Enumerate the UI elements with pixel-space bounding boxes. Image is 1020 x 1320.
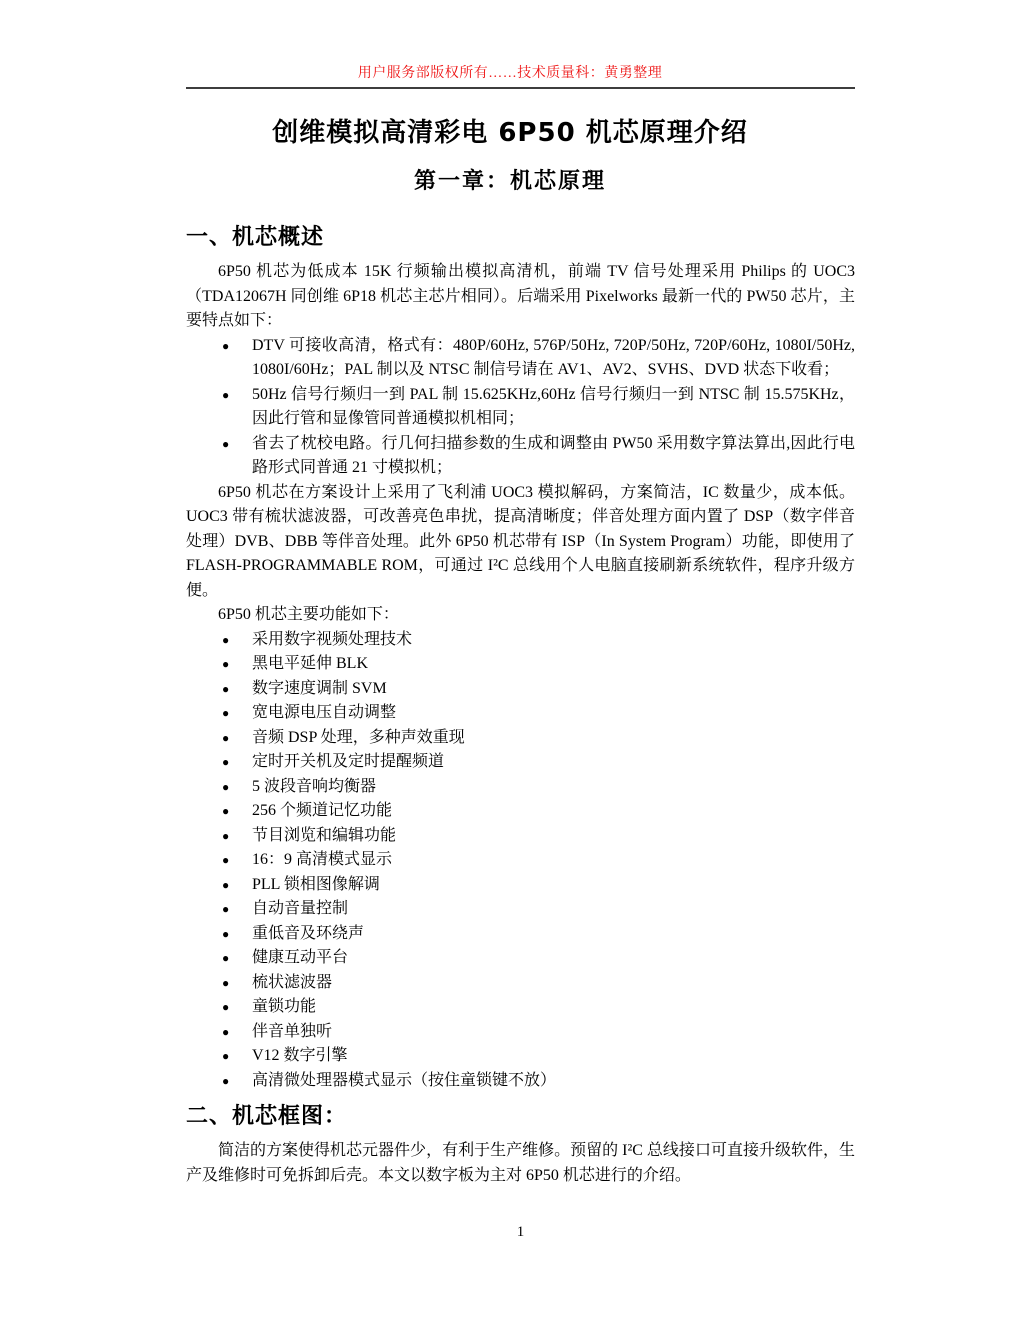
list-item-text: 5 波段音响均衡器 (252, 778, 376, 795)
list-item: ● 重低音及环绕声 (186, 922, 855, 947)
document-body: 一、机芯概述 6P50 机芯为低成本 15K 行频输出模拟高清机，前端 TV 信… (186, 224, 855, 1188)
section-heading-overview: 一、机芯概述 (186, 224, 855, 252)
list-item: ● 伴音单独听 (186, 1020, 855, 1045)
bullet-icon: ● (222, 824, 229, 849)
list-item-text: 梳状滤波器 (252, 974, 332, 991)
list-item: ● DTV 可接收高清，格式有：480P/60Hz, 576P/50Hz, 72… (186, 334, 855, 383)
bullet-icon: ● (222, 922, 229, 947)
bullet-icon: ● (222, 750, 229, 775)
list-item-text: 自动音量控制 (252, 900, 348, 917)
document-title: 创维模拟高清彩电 6P50 机芯原理介绍 (0, 116, 1020, 150)
list-item: ● PLL 锁相图像解调 (186, 873, 855, 898)
paragraph-functions-intro: 6P50 机芯主要功能如下： (186, 603, 855, 628)
list-item-text: 音频 DSP 处理，多种声效重现 (252, 729, 465, 746)
list-item: ● 自动音量控制 (186, 897, 855, 922)
bullet-icon: ● (222, 1069, 229, 1094)
header-divider (186, 87, 855, 89)
chapter-heading: 第一章：机芯原理 (0, 166, 1020, 196)
paragraph-diagram: 简洁的方案使得机芯元器件少，有利于生产维修。预留的 I²C 总线接口可直接升级软… (186, 1139, 855, 1188)
list-item-text: 高清微处理器模式显示（按住童锁键不放） (252, 1072, 556, 1089)
list-item: ● 宽电源电压自动调整 (186, 701, 855, 726)
paragraph-design: 6P50 机芯在方案设计上采用了飞利浦 UOC3 模拟解码，方案简洁，IC 数量… (186, 481, 855, 604)
list-item: ● 50Hz 信号行频归一到 PAL 制 15.625KHz,60Hz 信号行频… (186, 383, 855, 432)
bullet-icon: ● (222, 383, 229, 408)
list-item: ● 梳状滤波器 (186, 971, 855, 996)
bullet-icon: ● (222, 897, 229, 922)
list-item: ● 256 个频道记忆功能 (186, 799, 855, 824)
bullet-icon: ● (222, 628, 229, 653)
list-item: ● 童锁功能 (186, 995, 855, 1020)
list-item: ● 省去了枕校电路。行几何扫描参数的生成和调整由 PW50 采用数字算法算出,因… (186, 432, 855, 481)
list-item-text: 节目浏览和编辑功能 (252, 827, 396, 844)
document-page: 用户服务部版权所有……技术质量科：黄勇整理 创维模拟高清彩电 6P50 机芯原理… (0, 0, 1020, 1320)
list-item-text: 256 个频道记忆功能 (252, 802, 392, 819)
list-item: ● 节目浏览和编辑功能 (186, 824, 855, 849)
bullet-icon: ● (222, 799, 229, 824)
bullet-icon: ● (222, 677, 229, 702)
bullet-icon: ● (222, 432, 229, 457)
list-item: ● 黑电平延伸 BLK (186, 652, 855, 677)
list-item-text: PLL 锁相图像解调 (252, 876, 380, 893)
bullet-icon: ● (222, 971, 229, 996)
list-item-text: 健康互动平台 (252, 949, 348, 966)
list-item-text: V12 数字引擎 (252, 1047, 348, 1064)
list-item-text: 省去了枕校电路。行几何扫描参数的生成和调整由 PW50 采用数字算法算出,因此行… (252, 435, 855, 477)
list-item: ● 5 波段音响均衡器 (186, 775, 855, 800)
list-item: ● 健康互动平台 (186, 946, 855, 971)
bullet-icon: ● (222, 775, 229, 800)
list-item: ● V12 数字引擎 (186, 1044, 855, 1069)
paragraph-intro: 6P50 机芯为低成本 15K 行频输出模拟高清机，前端 TV 信号处理采用 P… (186, 260, 855, 334)
copyright-notice: 用户服务部版权所有……技术质量科：黄勇整理 (0, 0, 1020, 83)
list-item-text: 黑电平延伸 BLK (252, 655, 368, 672)
bullet-icon: ● (222, 652, 229, 677)
list-item: ● 采用数字视频处理技术 (186, 628, 855, 653)
list-item-text: 伴音单独听 (252, 1023, 332, 1040)
list-item-text: 数字速度调制 SVM (252, 680, 387, 697)
list-item-text: 16：9 高清模式显示 (252, 851, 392, 868)
list-item-text: 50Hz 信号行频归一到 PAL 制 15.625KHz,60Hz 信号行频归一… (252, 386, 855, 428)
list-item: ● 16：9 高清模式显示 (186, 848, 855, 873)
bullet-icon: ● (222, 995, 229, 1020)
list-item-text: 采用数字视频处理技术 (252, 631, 412, 648)
list-item: ● 音频 DSP 处理，多种声效重现 (186, 726, 855, 751)
bullet-icon: ● (222, 848, 229, 873)
bullet-icon: ● (222, 1020, 229, 1045)
function-list: ● 采用数字视频处理技术 ● 黑电平延伸 BLK ● 数字速度调制 SVM ● … (186, 628, 855, 1094)
list-item-text: 定时开关机及定时提醒频道 (252, 753, 444, 770)
list-item: ● 数字速度调制 SVM (186, 677, 855, 702)
list-item-text: DTV 可接收高清，格式有：480P/60Hz, 576P/50Hz, 720P… (252, 337, 855, 379)
list-item-text: 宽电源电压自动调整 (252, 704, 396, 721)
bullet-icon: ● (222, 701, 229, 726)
section-heading-diagram: 二、机芯框图： (186, 1103, 855, 1131)
page-number: 1 (186, 1221, 855, 1243)
bullet-icon: ● (222, 946, 229, 971)
feature-list: ● DTV 可接收高清，格式有：480P/60Hz, 576P/50Hz, 72… (186, 334, 855, 481)
list-item-text: 童锁功能 (252, 998, 316, 1015)
bullet-icon: ● (222, 334, 229, 359)
bullet-icon: ● (222, 726, 229, 751)
bullet-icon: ● (222, 1044, 229, 1069)
list-item-text: 重低音及环绕声 (252, 925, 364, 942)
list-item: ● 高清微处理器模式显示（按住童锁键不放） (186, 1069, 855, 1094)
list-item: ● 定时开关机及定时提醒频道 (186, 750, 855, 775)
bullet-icon: ● (222, 873, 229, 898)
